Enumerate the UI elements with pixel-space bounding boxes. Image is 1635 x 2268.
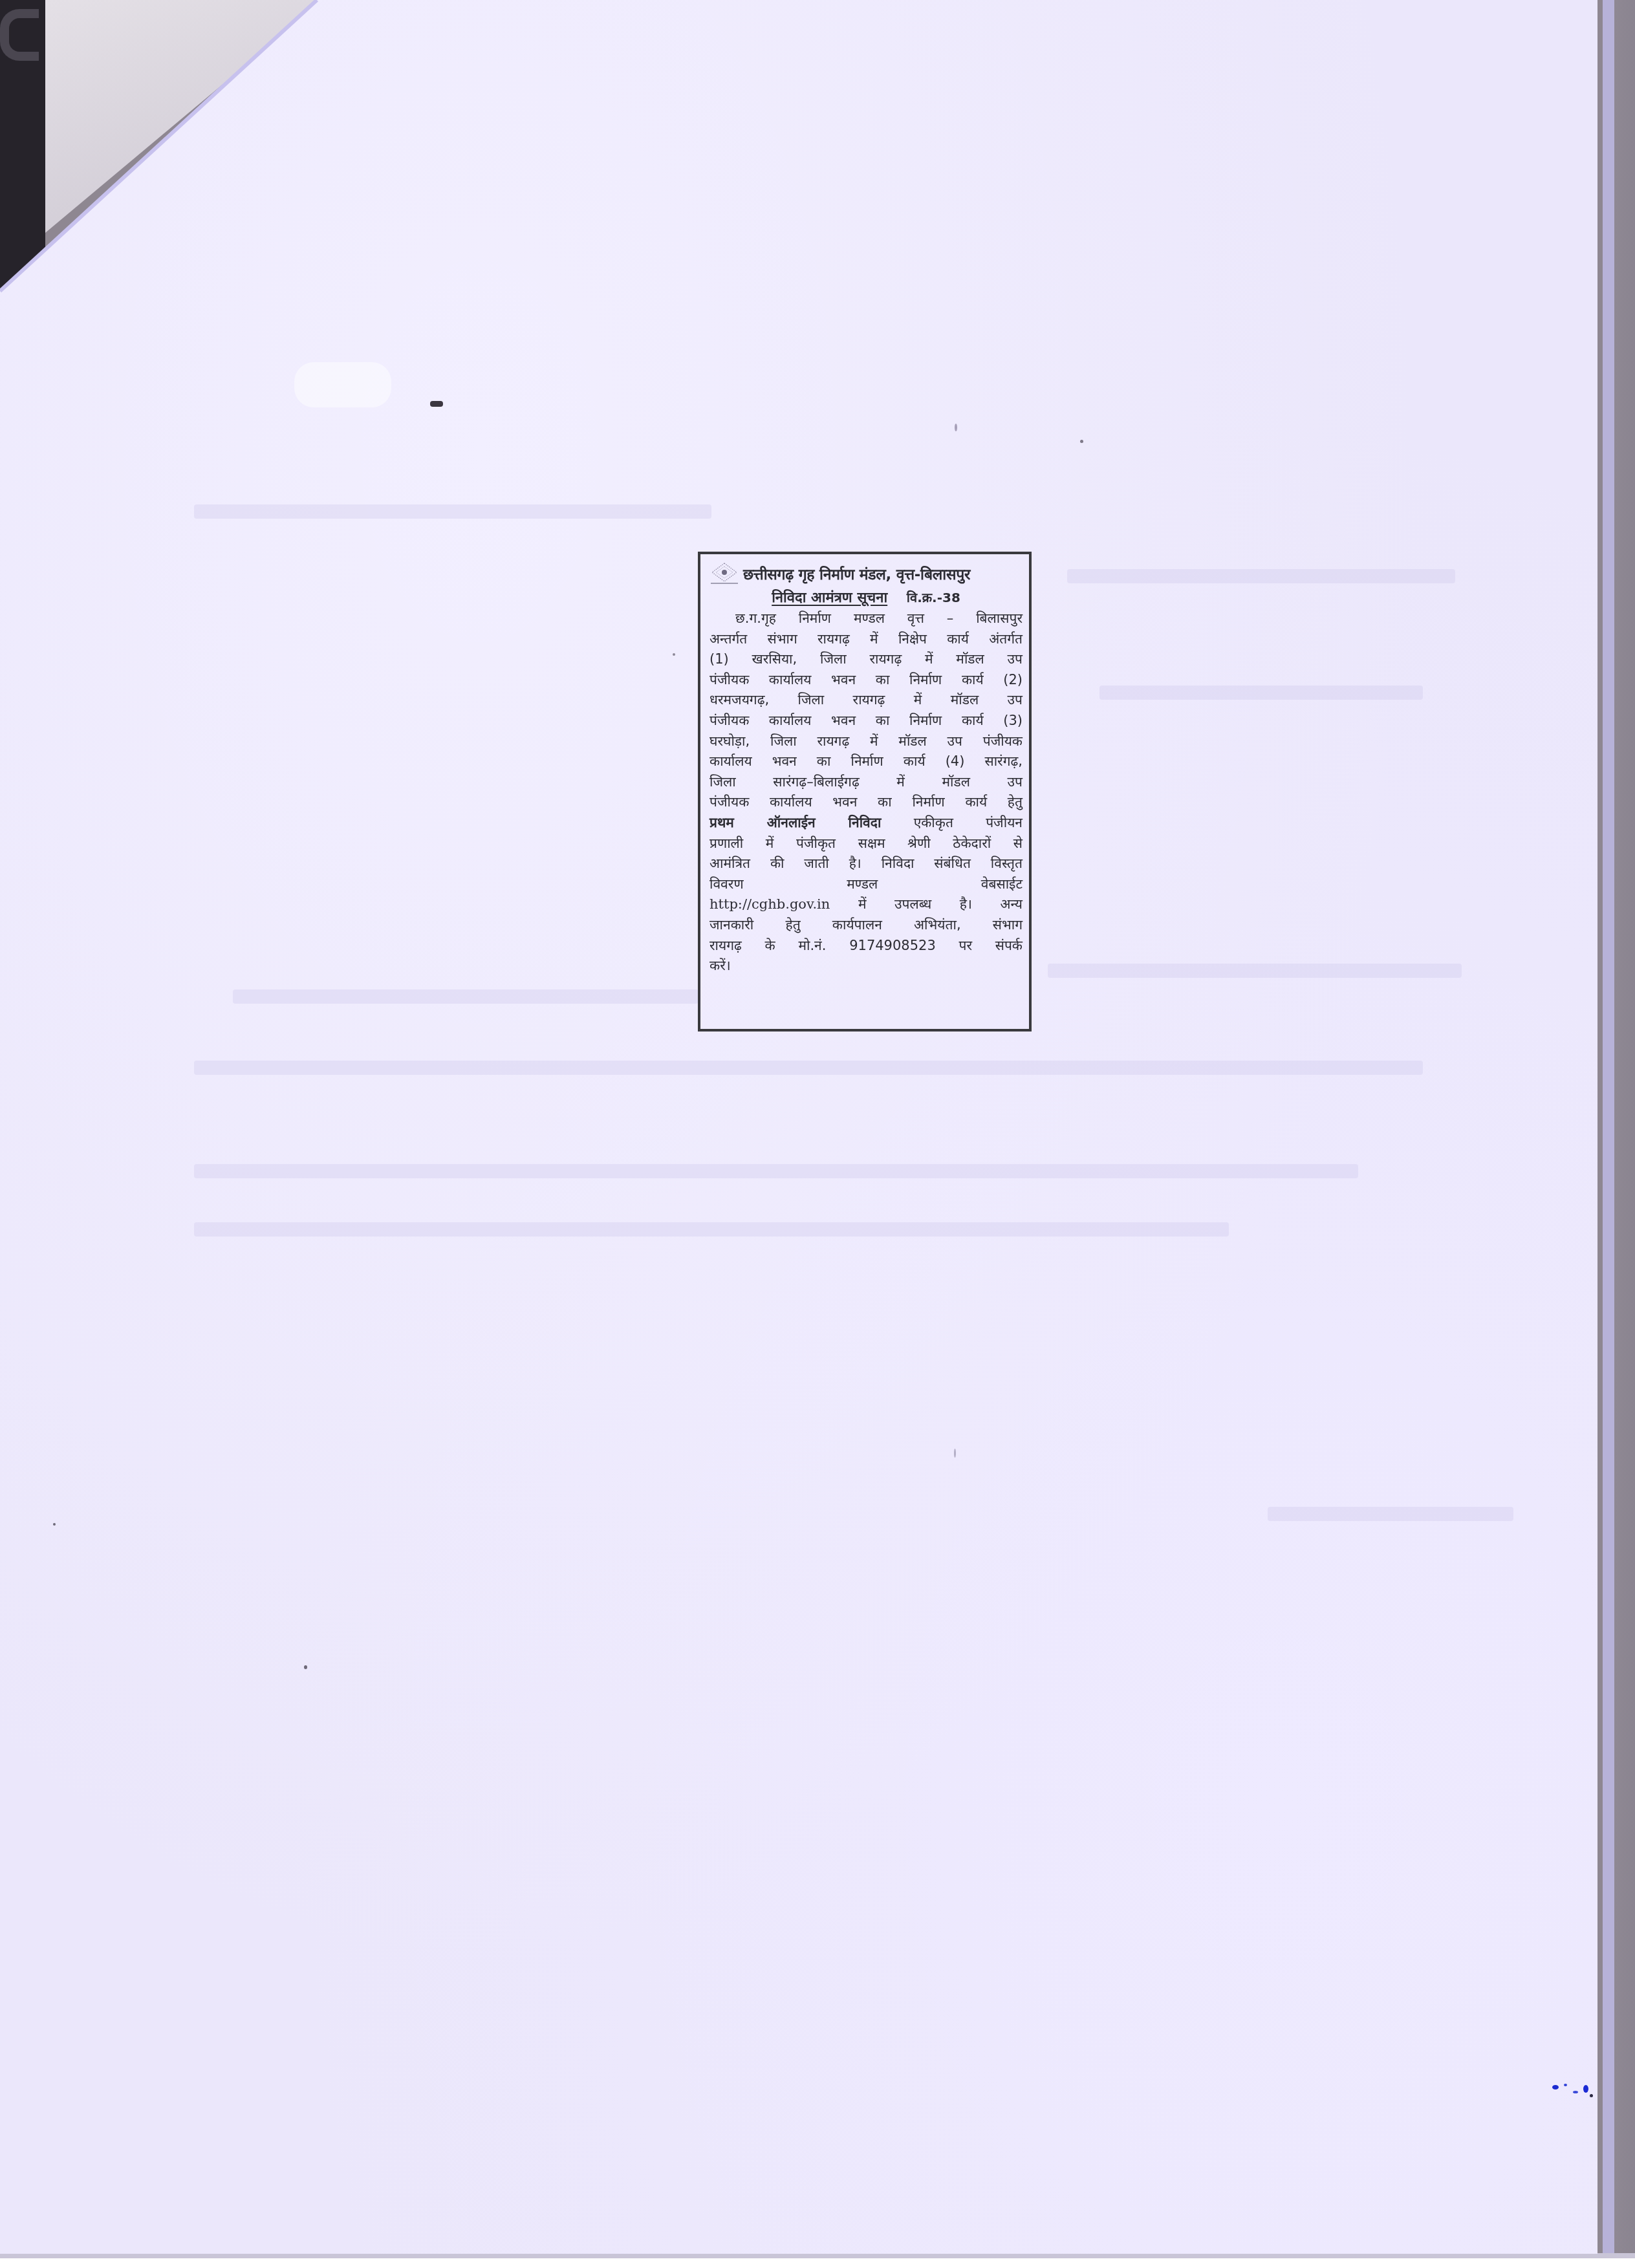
body-line: घरघोड़ा, जिला रायगढ़ में मॉडल उप पंजीयक (709, 731, 1023, 752)
blue-ink-mark (1573, 2091, 1578, 2093)
body-line: पंजीयक कार्यालय भवन का निर्माण कार्य (2) (709, 670, 1023, 691)
scanner-bottom-edge (0, 2253, 1635, 2268)
body-line: पंजीयक कार्यालय भवन का निर्माण कार्य हेत… (709, 792, 1023, 813)
body-line: कार्यालय भवन का निर्माण कार्य (4) सारंगढ… (709, 751, 1023, 772)
ghost-text (1099, 686, 1423, 700)
body-line: (1) खरसिया, जिला रायगढ़ में मॉडल उप (709, 649, 1023, 670)
ink-speck (1590, 2094, 1593, 2097)
body-line-rest: एकीकृत पंजीयन (914, 815, 1023, 830)
blue-ink-mark (1583, 2085, 1588, 2093)
background-object (0, 9, 39, 61)
scanner-background-edge (1603, 0, 1635, 2268)
blue-ink-mark (1552, 2085, 1559, 2090)
ink-speck (954, 1449, 956, 1458)
ghost-text (194, 1061, 1423, 1075)
body-line: प्रणाली में पंजीकृत सक्षम श्रेणी ठेकेदार… (709, 834, 1023, 854)
body-line: जानकारी हेतु कार्यपालन अभियंता, संभाग (709, 915, 1023, 936)
folded-corner-background (0, 0, 45, 291)
body-line: विवरण मण्डल वेबसाईट (709, 874, 1023, 895)
ghost-text (1268, 1507, 1513, 1521)
organization-title: छत्तीसगढ़ गृह निर्माण मंडल, वृत्त-बिलासप… (743, 563, 970, 584)
body-line: करें। (709, 956, 1023, 977)
ghost-text (194, 1164, 1358, 1178)
ink-speck (304, 1665, 307, 1669)
body-line: जिला सारंगढ़–बिलाईगढ़ में मॉडल उप (709, 772, 1023, 793)
website-link[interactable]: http://cghb.gov.in (709, 896, 830, 912)
ink-speck (53, 1523, 56, 1526)
body-line: अन्तर्गत संभाग रायगढ़ में निक्षेप कार्य … (709, 629, 1023, 650)
ghost-text (194, 504, 711, 519)
body-line-bold: प्रथम ऑनलाईन निविदा एकीकृत पंजीयन (709, 813, 1023, 834)
blue-ink-mark (1564, 2084, 1567, 2086)
cghb-logo-icon (709, 562, 739, 585)
body-line: रायगढ़ के मो.नं. 9174908523 पर संपर्क (709, 936, 1023, 956)
bold-tender-label: प्रथम ऑनलाईन निविदा (709, 815, 881, 830)
body-line: आमंत्रित की जाती है। निविदा संबंधित विस्… (709, 854, 1023, 874)
notice-subtitle-row: निविदा आमंत्रण सूचना वि.क्र.-38 (709, 587, 1023, 609)
body-line-url: http://cghb.gov.in में उपलब्ध है। अन्य (709, 894, 1023, 915)
reference-number: वि.क्र.-38 (907, 590, 960, 605)
ghost-text (1048, 964, 1462, 978)
body-line: पंजीयक कार्यालय भवन का निर्माण कार्य (3) (709, 711, 1023, 731)
body-line: छ.ग.गृह निर्माण मण्डल वृत्त – बिलासपुर (709, 609, 1023, 629)
body-line-rest: में उपलब्ध है। अन्य (858, 896, 1023, 912)
paper-sheet (0, 0, 1597, 2254)
ink-speck (955, 424, 957, 431)
ink-speck (673, 653, 675, 656)
ghost-text (1067, 569, 1455, 583)
notice-header: छत्तीसगढ़ गृह निर्माण मंडल, वृत्त-बिलासप… (709, 561, 1023, 587)
body-line: धरमजयगढ़, जिला रायगढ़ में मॉडल उप (709, 690, 1023, 711)
ink-speck (430, 401, 443, 407)
notice-body: छ.ग.गृह निर्माण मण्डल वृत्त – बिलासपुर अ… (709, 609, 1023, 977)
notice-subtitle: निविदा आमंत्रण सूचना (772, 590, 887, 606)
paper-smudge (294, 362, 391, 407)
ghost-text (194, 1222, 1229, 1237)
ghost-text (233, 989, 698, 1004)
tender-notice-clipping: छत्तीसगढ़ गृह निर्माण मंडल, वृत्त-बिलासप… (698, 552, 1032, 1031)
ink-speck (1080, 440, 1083, 443)
